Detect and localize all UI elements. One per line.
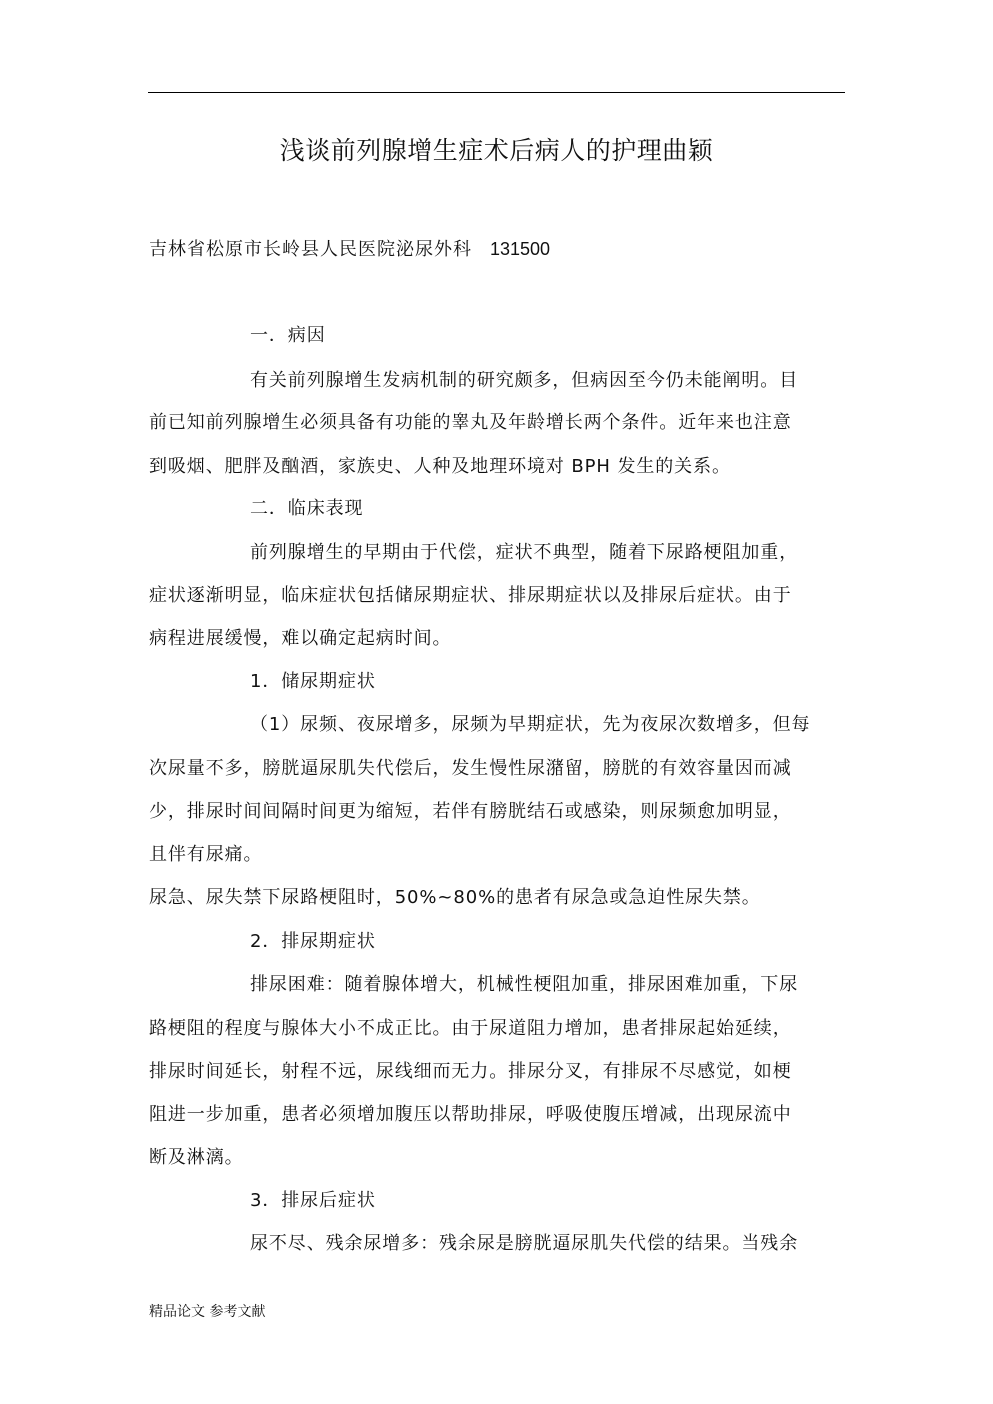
text-line: 尿不尽、残余尿增多：残余尿是膀胱逼尿肌失代偿的结果。当残余 <box>250 1229 950 1255</box>
text-line: 尿急、尿失禁下尿路梗阻时，50%~80%的患者有尿急或急迫性尿失禁。 <box>149 883 849 909</box>
text-line: 1．储尿期症状 <box>250 667 950 693</box>
text-line: 排尿困难：随着腺体增大，机械性梗阻加重，排尿困难加重，下尿 <box>250 970 950 996</box>
text-line: 前已知前列腺增生必须具备有功能的睾丸及年龄增长两个条件。近年来也注意 <box>149 408 849 434</box>
text-line: 有关前列腺增生发病机制的研究颇多，但病因至今仍未能阐明。目 <box>250 366 950 392</box>
text-line: 路梗阻的程度与腺体大小不成正比。由于尿道阻力增加，患者排尿起始延续， <box>149 1014 849 1040</box>
text-line: 前列腺增生的早期由于代偿，症状不典型，随着下尿路梗阻加重， <box>250 538 950 564</box>
page-footer: 精品论文 参考文献 <box>149 1301 265 1321</box>
author-affiliation: 吉林省松原市长岭县人民医院泌尿外科131500 <box>149 235 550 261</box>
text-line: 少，排尿时间间隔时间更为缩短，若伴有膀胱结石或感染，则尿频愈加明显， <box>149 797 849 823</box>
affiliation-text: 吉林省松原市长岭县人民医院泌尿外科 <box>149 239 472 260</box>
text-line: 二．临床表现 <box>250 494 950 520</box>
text-line: 阻进一步加重，患者必须增加腹压以帮助排尿，呼吸使腹压增减，出现尿流中 <box>149 1100 849 1126</box>
text-line: 3．排尿后症状 <box>250 1186 950 1212</box>
text-line: （1）尿频、夜尿增多，尿频为早期症状，先为夜尿次数增多，但每 <box>250 710 950 736</box>
text-line: 排尿时间延长，射程不远，尿线细而无力。排尿分叉，有排尿不尽感觉，如梗 <box>149 1057 849 1083</box>
postcode: 131500 <box>490 239 550 259</box>
text-line: 症状逐渐明显，临床症状包括储尿期症状、排尿期症状以及排尿后症状。由于 <box>149 581 849 607</box>
header-rule <box>148 92 845 93</box>
text-line: 断及淋漓。 <box>149 1143 849 1169</box>
text-line: 病程进展缓慢，难以确定起病时间。 <box>149 624 849 650</box>
text-line: 次尿量不多，膀胱逼尿肌失代偿后，发生慢性尿潴留，膀胱的有效容量因而减 <box>149 754 849 780</box>
text-line: 一．病因 <box>250 321 950 347</box>
document-title: 浅谈前列腺增生症术后病人的护理曲颖 <box>0 131 993 167</box>
text-line: 到吸烟、肥胖及酗酒，家族史、人种及地理环境对 BPH 发生的关系。 <box>149 452 849 478</box>
text-line: 且伴有尿痛。 <box>149 840 849 866</box>
text-line: 2．排尿期症状 <box>250 927 950 953</box>
